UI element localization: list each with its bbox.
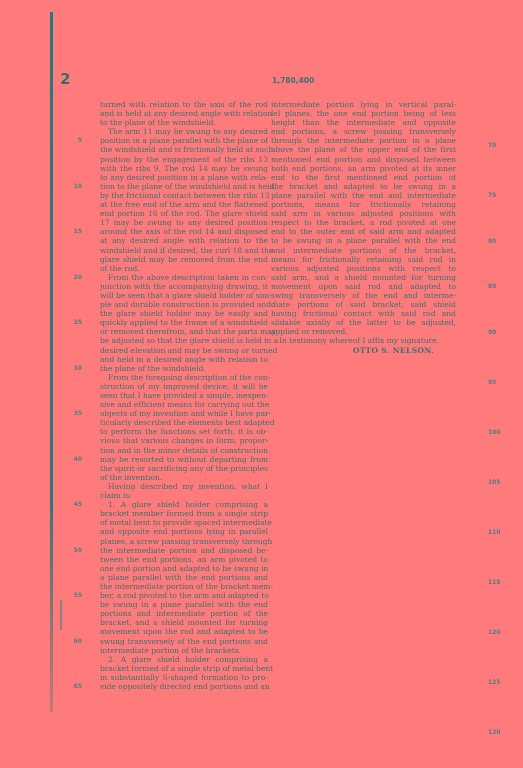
text-line: the windshield and is frictionally held … [100,145,268,154]
text-line: vious that various changes in form, prop… [100,436,268,445]
text-line: at the free end of the arm and the flatt… [100,200,268,209]
text-line: 1. A glare shield holder comprising a [100,500,268,509]
text-line: bracket member formed from a single stri… [100,509,268,518]
text-line: applied or removed. [271,327,456,336]
patent-number: 1,780,400 [272,76,314,85]
text-line: swung transversely of the end portions a… [100,637,268,646]
line-number: 70 [488,142,496,149]
text-line: portions, means for frictionally retaini… [271,200,456,209]
text-line: the intermediate portion and disposed be… [100,546,268,555]
text-line: lel planes, the one end portion being of… [271,109,456,118]
text-line: From the foregoing description of the co… [100,373,268,382]
text-line: of the rod. [100,264,268,273]
text-line: glare shield may be removed from the end [100,255,268,264]
text-line: by the frictional contact between the ri… [100,191,268,200]
text-line: a plane parallel with the end portions a… [100,573,268,582]
text-line: intermediate portion lying in vertical p… [271,100,456,109]
text-line: means for frictionally retaining said ro… [271,255,456,264]
text-line: to be swung in a plane parallel with the… [271,236,456,245]
line-number: 95 [488,379,496,386]
signature: OTTO S. NELSON. [271,346,456,355]
text-line: seen that I have provided a simple, inex… [100,391,268,400]
text-line: From the above description taken in con- [100,273,268,282]
text-line: objects of my invention and while I have… [100,409,268,418]
line-number: 15 [62,228,82,235]
text-line: end portion 16 of the rod. The glare shi… [100,209,268,218]
text-line: at any desired angle with relation to th… [100,236,268,245]
text-line: be adjusted so that the glare shield is … [100,336,268,345]
line-number: 45 [62,501,82,508]
line-number: 35 [62,410,82,417]
text-line: and held in a desired angle with relatio… [100,355,268,364]
text-line: movement upon said rod and adapted to [271,282,456,291]
text-line: end portions, a screw passing transverse… [271,127,456,136]
text-line: bracket, and a shield mounted for turnin… [100,618,268,627]
text-line: struction of my improved device, it will… [100,382,268,391]
text-line: diate portions of said bracket, said shi… [271,300,456,309]
text-line: respect to the bracket, a rod pivoted at… [271,218,456,227]
text-line: of the invention. [100,473,268,482]
text-line: or removed therefrom, and that the parts… [100,327,268,336]
text-line: one end portion and adapted to be swung … [100,564,268,573]
right-text-column: intermediate portion lying in vertical p… [271,100,456,355]
text-line: in substantially S-shaped formation to p… [100,673,268,682]
text-line: position in a plane parallel with the pl… [100,136,268,145]
text-line: around the axis of the rod 14 and dispos… [100,227,268,236]
line-number: 125 [488,679,501,686]
text-line: vide oppositely directed end portions an… [100,682,268,691]
text-line: the glare shield holder may be easily an… [100,309,268,318]
left-text-column: turned with relation to the axis of the … [100,100,268,691]
text-line: mentioned end portion and disposed betwe… [271,155,456,164]
line-number: 90 [488,329,496,336]
line-number: 130 [488,729,501,736]
text-line: above the plane of the upper end of the … [271,145,456,154]
page-scan-edge [50,12,53,712]
scan-artifact [60,600,62,630]
text-line: through the intermediate portion in a pl… [271,136,456,145]
text-line: and opposite end portions lying in paral… [100,527,268,536]
text-line: of metal bent to provide spaced intermed… [100,518,268,527]
text-line: In testimony whereof I affix my signatur… [271,336,456,345]
text-line: the intermediate portion of the bracket … [100,582,268,591]
text-line: plane parallel with the end and intermed… [271,191,456,200]
line-number: 10 [62,183,82,190]
line-number: 75 [488,192,496,199]
text-line: various adjusted positions with respect … [271,264,456,273]
text-line: both end portions, an arm pivoted at its… [271,164,456,173]
line-number: 80 [488,238,496,245]
text-line: said arm in various adjusted positions w… [271,209,456,218]
text-line: to the plane of the windshield. [100,118,268,127]
text-line: having frictional contact with said rod … [271,309,456,318]
line-number: 5 [62,137,82,144]
line-number: 110 [488,529,501,536]
text-line: portions and intermediate portion of the [100,609,268,618]
text-line: end to the first mentioned end portion o… [271,173,456,182]
text-line: sive and efficient means for carrying ou… [100,400,268,409]
line-number: 85 [488,283,496,290]
text-line: Having described my invention, what I [100,482,268,491]
page-number: 2 [60,70,70,88]
text-line: ber, a rod pivoted to the arm and adapte… [100,591,268,600]
text-line: tween the end portions, an arm pivoted t… [100,555,268,564]
text-line: The arm 11 may be swung to any desired [100,127,268,136]
line-number: 65 [62,683,82,690]
text-line: ple and durable construction is provided… [100,300,268,309]
text-line: desired elevation and may be swung or tu… [100,346,268,355]
line-number: 40 [62,456,82,463]
line-number: 115 [488,579,501,586]
text-line: planes, a screw passing transversely thr… [100,537,268,546]
text-line: may be resorted to without departing fro… [100,455,268,464]
text-line: tion and in the minor details of constru… [100,446,268,455]
text-line: will be seen that a glare shield holder … [100,291,268,300]
text-line: swing transversely of the end and interm… [271,291,456,300]
text-line: said arm, and a shield mounted for turni… [271,273,456,282]
text-line: the plane of the windshield. [100,364,268,373]
line-number: 25 [62,319,82,326]
text-line: quickly applied to the frame of a windsh… [100,318,268,327]
text-line: ticularly described the elements best ad… [100,418,268,427]
text-line: end to the outer end of said arm and ada… [271,227,456,236]
text-line: position by the engagement of the ribs 1… [100,155,268,164]
text-line: movement upon the rod and adapted to be [100,627,268,636]
text-line: the bracket and adapted to be swung in a [271,182,456,191]
text-line: junction with the accompanying drawing, … [100,282,268,291]
text-line: with the ribs 9. The rod 14 may be swung [100,164,268,173]
text-line: to perform the functions set forth, it i… [100,427,268,436]
text-line: height than the intermediate and opposit… [271,118,456,127]
text-line: be swung in a plane parallel with the en… [100,600,268,609]
text-line: tion to the plane of the windshield and … [100,182,268,191]
text-line: the spirit or sacrificing any of the pri… [100,464,268,473]
line-number: 55 [62,592,82,599]
text-line: intermediate portion of the brackets. [100,646,268,655]
line-number: 60 [62,638,82,645]
line-number: 100 [488,429,501,436]
text-line: bracket formed of a single strip of meta… [100,664,268,673]
line-number: 105 [488,479,501,486]
text-line: and intermediate portions of the bracket… [271,246,456,255]
text-line: slidable axially of the latter to be adj… [271,318,456,327]
line-number: 20 [62,274,82,281]
text-line: and is held at any desired angle with re… [100,109,268,118]
line-number: 30 [62,365,82,372]
text-line: 2. A glare shield holder comprising a [100,655,268,664]
text-line: windshield and if desired, the curl 18 a… [100,246,268,255]
line-number: 50 [62,547,82,554]
text-line: turned with relation to the axis of the … [100,100,268,109]
text-line: to any desired position in a plane with … [100,173,268,182]
text-line: 17 may be swung to any desired position [100,218,268,227]
line-number: 120 [488,629,501,636]
text-line: claim is: [100,491,268,500]
